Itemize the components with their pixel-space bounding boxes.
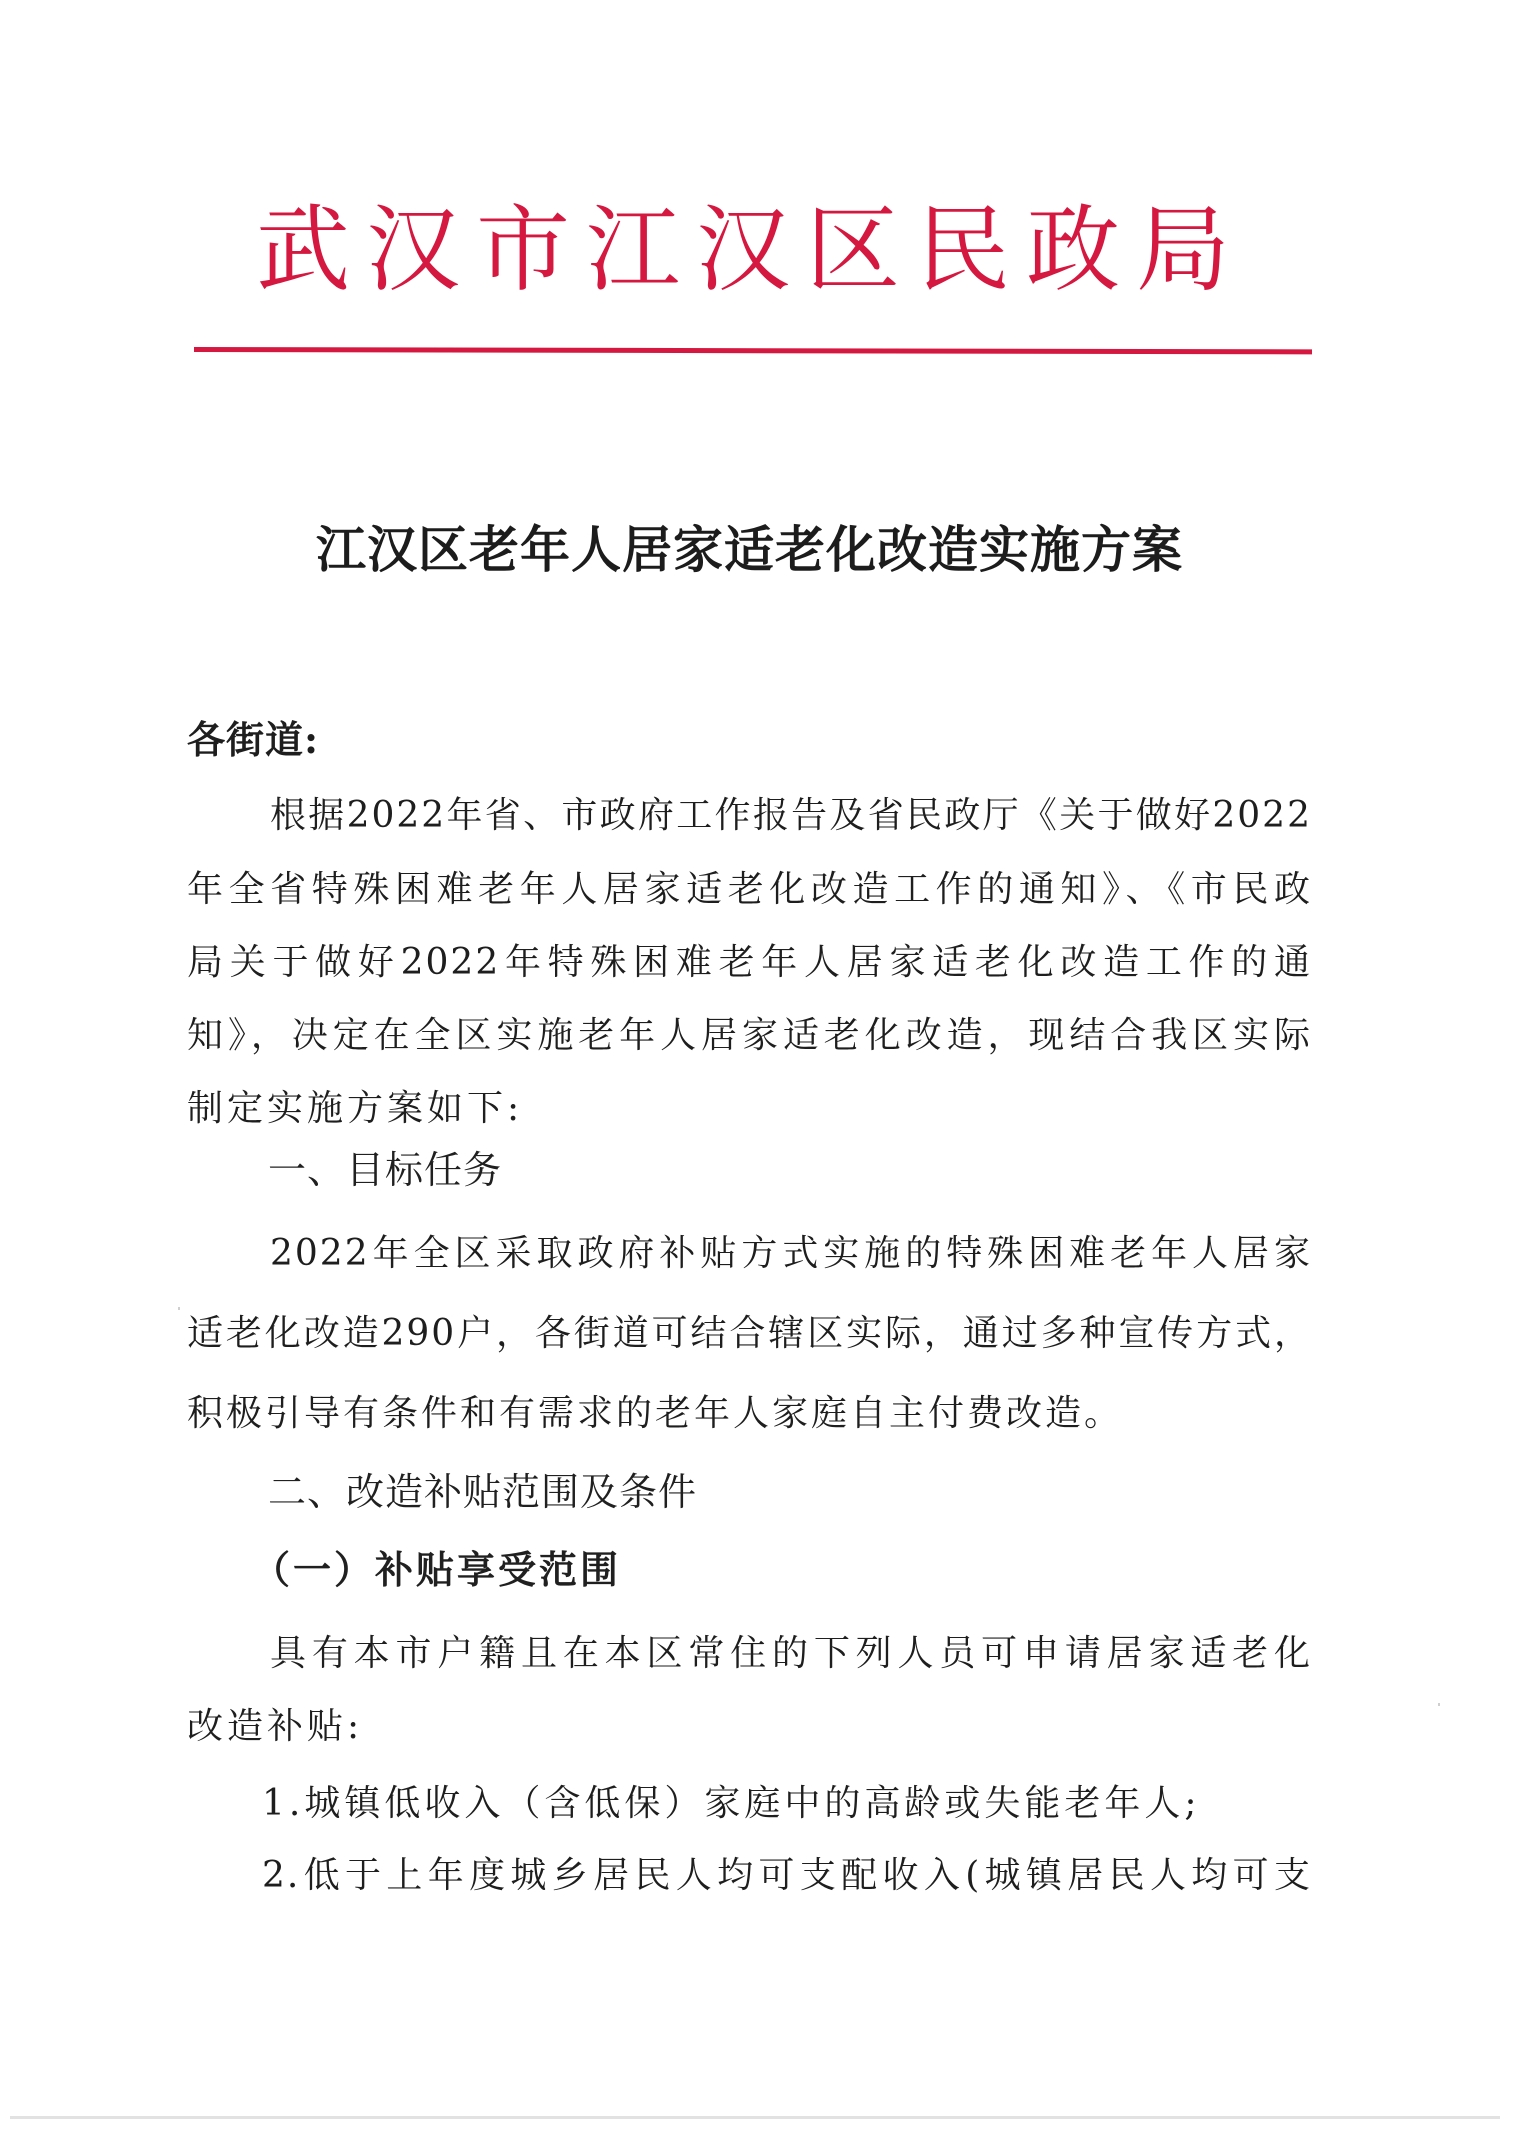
section-paragraph-line: 2022年全区采取政府补贴方式实施的特殊困难老年人居家 [270, 1230, 1312, 1278]
intro-paragraph-line: 根据2022年省、市政府工作报告及省民政厅《关于做好2022 [270, 792, 1312, 840]
section-heading-goals: 一、目标任务 [268, 1146, 502, 1194]
intro-paragraph-line: 局关于做好2022年特殊困难老年人居家适老化改造工作的通 [187, 939, 1312, 987]
document-page: 武汉市江汉区民政局 江汉区老年人居家适老化改造实施方案 各街道: 根据2022年… [0, 0, 1515, 2145]
letterhead-org-name: 武汉市江汉区民政局 [186, 196, 1316, 306]
section-paragraph-line: 适老化改造290户，各街道可结合辖区实际，通过多种宣传方式， [187, 1310, 1312, 1358]
section-paragraph-line: 积极引导有条件和有需求的老年人家庭自主付费改造。 [187, 1390, 1123, 1438]
intro-paragraph-line: 制定实施方案如下: [187, 1085, 523, 1133]
letterhead-red-rule [194, 347, 1312, 354]
intro-paragraph-line: 知》，决定在全区实施老年人居家适老化改造，现结合我区实际 [187, 1012, 1312, 1060]
salutation: 各街道: [187, 716, 319, 764]
subsection-paragraph-line: 具有本市户籍且在本区常住的下列人员可申请居家适老化 [270, 1630, 1312, 1678]
list-item: 1.城镇低收入（含低保）家庭中的高龄或失能老年人; [262, 1780, 1200, 1828]
subsection-heading-subsidy-scope: （一）补贴享受范围 [252, 1546, 621, 1594]
intro-paragraph-line: 年全省特殊困难老年人居家适老化改造工作的通知》、《市民政 [187, 866, 1312, 914]
scan-bottom-edge [10, 2116, 1500, 2119]
list-item: 2.低于上年度城乡居民人均可支配收入(城镇居民人均可支 [262, 1852, 1312, 1900]
section-heading-scope: 二、改造补贴范围及条件 [268, 1468, 697, 1516]
document-title: 江汉区老年人居家适老化改造实施方案 [262, 518, 1237, 582]
scan-speck [1438, 1703, 1440, 1706]
scan-speck [178, 1307, 180, 1310]
subsection-paragraph-line: 改造补贴: [187, 1703, 363, 1751]
